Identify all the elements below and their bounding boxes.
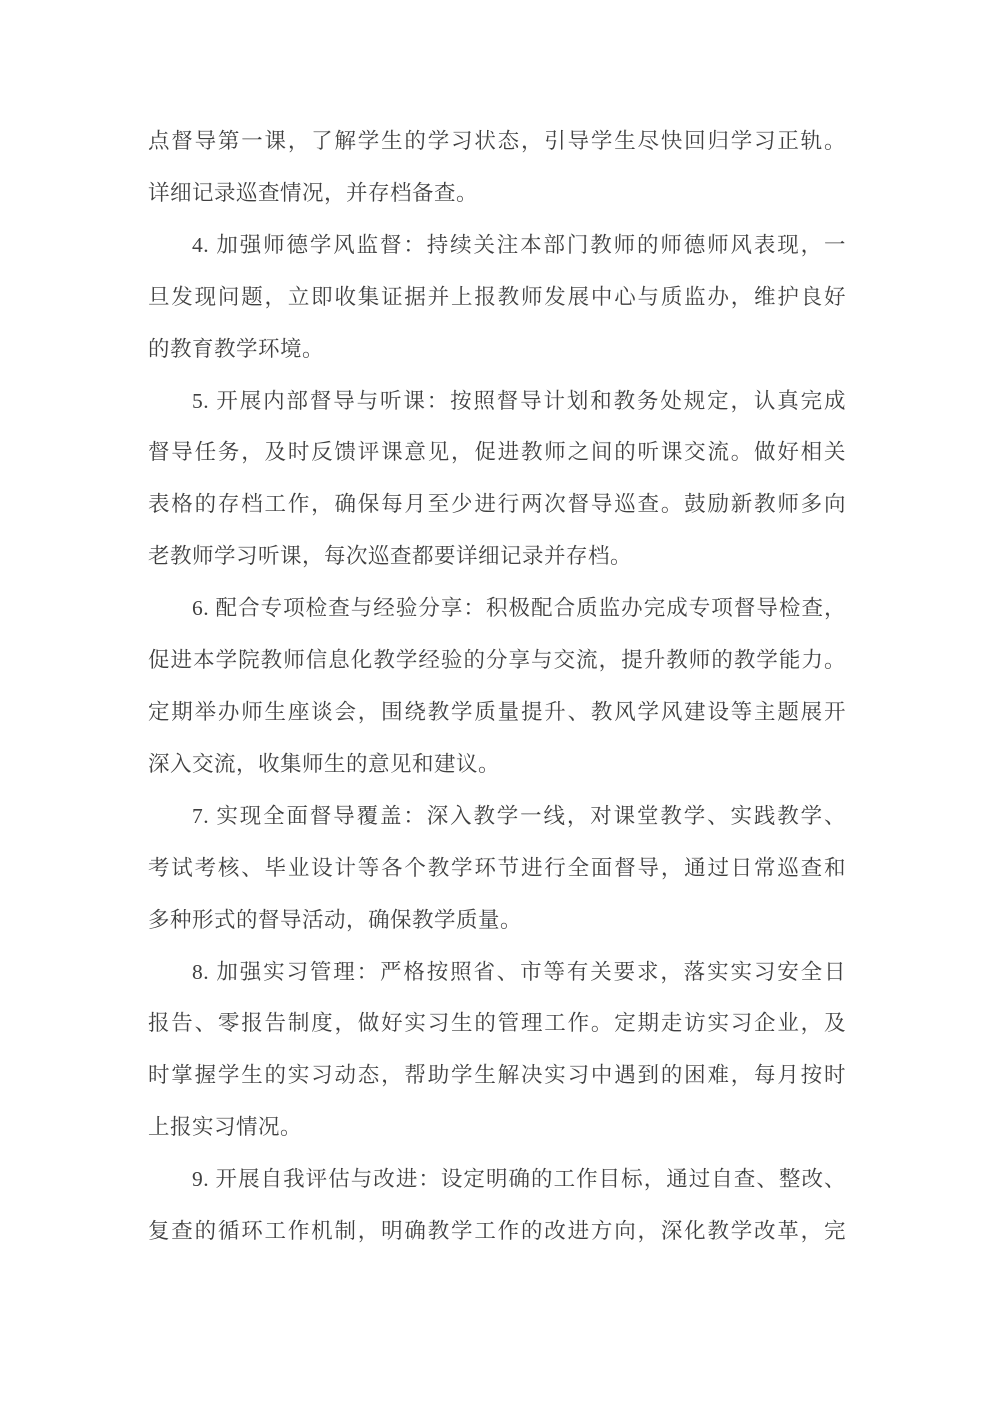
paragraph: 点督导第一课，了解学生的学习状态，引导学生尽快回归学习正轨。详细记录巡查情况，并… <box>148 116 846 220</box>
text-line: 老教师学习听课，每次巡查都要详细记录并存档。 <box>148 531 846 583</box>
text-line: 详细记录巡查情况，并存档备查。 <box>148 168 846 220</box>
paragraph: 6. 配合专项检查与经验分享：积极配合质监办完成专项督导检查，促进本学院教师信息… <box>148 583 846 791</box>
text-line: 4. 加强师德学风监督：持续关注本部门教师的师德师风表现，一 <box>148 220 846 272</box>
text-line: 上报实习情况。 <box>148 1102 846 1154</box>
paragraph: 7. 实现全面督导覆盖：深入教学一线，对课堂教学、实践教学、考试考核、毕业设计等… <box>148 791 846 947</box>
paragraph: 4. 加强师德学风监督：持续关注本部门教师的师德师风表现，一旦发现问题，立即收集… <box>148 220 846 376</box>
document-page: 点督导第一课，了解学生的学习状态，引导学生尽快回归学习正轨。详细记录巡查情况，并… <box>0 0 992 1403</box>
paragraph: 5. 开展内部督导与听课：按照督导计划和教务处规定，认真完成督导任务，及时反馈评… <box>148 376 846 584</box>
text-line: 促进本学院教师信息化教学经验的分享与交流，提升教师的教学能力。 <box>148 635 846 687</box>
text-line: 复查的循环工作机制，明确教学工作的改进方向，深化教学改革，完 <box>148 1206 846 1258</box>
text-line: 的教育教学环境。 <box>148 324 846 376</box>
text-line: 旦发现问题，立即收集证据并上报教师发展中心与质监办，维护良好 <box>148 272 846 324</box>
text-line: 8. 加强实习管理：严格按照省、市等有关要求，落实实习安全日 <box>148 947 846 999</box>
text-line: 深入交流，收集师生的意见和建议。 <box>148 739 846 791</box>
document-body: 点督导第一课，了解学生的学习状态，引导学生尽快回归学习正轨。详细记录巡查情况，并… <box>148 116 846 1258</box>
text-line: 时掌握学生的实习动态，帮助学生解决实习中遇到的困难，每月按时 <box>148 1050 846 1102</box>
text-line: 7. 实现全面督导覆盖：深入教学一线，对课堂教学、实践教学、 <box>148 791 846 843</box>
text-line: 报告、零报告制度，做好实习生的管理工作。定期走访实习企业，及 <box>148 998 846 1050</box>
paragraph: 9. 开展自我评估与改进：设定明确的工作目标，通过自查、整改、复查的循环工作机制… <box>148 1154 846 1258</box>
text-line: 表格的存档工作，确保每月至少进行两次督导巡查。鼓励新教师多向 <box>148 479 846 531</box>
text-line: 5. 开展内部督导与听课：按照督导计划和教务处规定，认真完成 <box>148 376 846 428</box>
paragraph: 8. 加强实习管理：严格按照省、市等有关要求，落实实习安全日报告、零报告制度，做… <box>148 947 846 1155</box>
text-line: 点督导第一课，了解学生的学习状态，引导学生尽快回归学习正轨。 <box>148 116 846 168</box>
text-line: 考试考核、毕业设计等各个教学环节进行全面督导，通过日常巡查和 <box>148 843 846 895</box>
text-line: 督导任务，及时反馈评课意见，促进教师之间的听课交流。做好相关 <box>148 427 846 479</box>
text-line: 多种形式的督导活动，确保教学质量。 <box>148 895 846 947</box>
text-line: 9. 开展自我评估与改进：设定明确的工作目标，通过自查、整改、 <box>148 1154 846 1206</box>
text-line: 6. 配合专项检查与经验分享：积极配合质监办完成专项督导检查， <box>148 583 846 635</box>
text-line: 定期举办师生座谈会，围绕教学质量提升、教风学风建设等主题展开 <box>148 687 846 739</box>
